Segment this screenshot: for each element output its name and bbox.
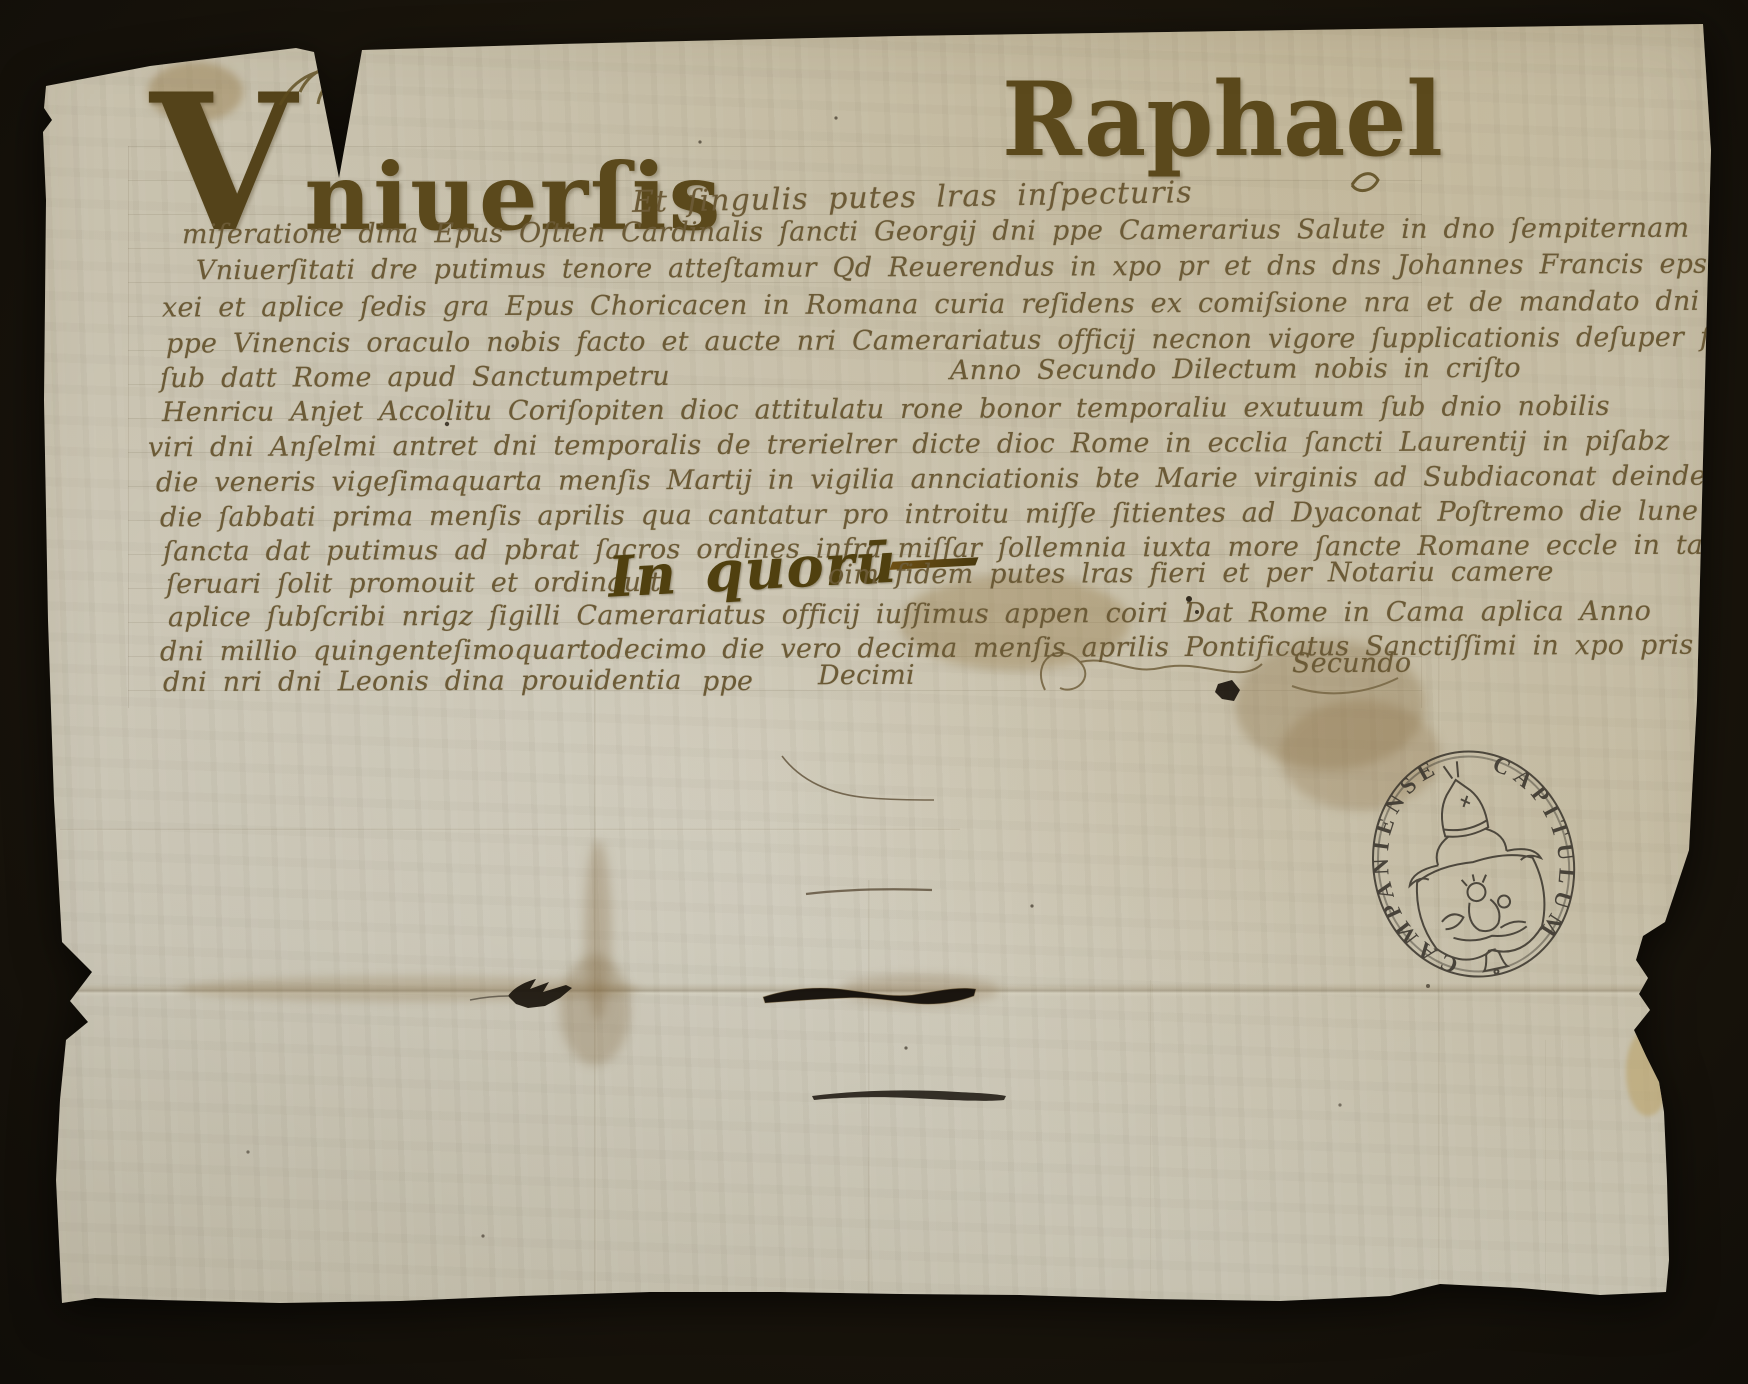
manuscript-line: dni nri dni Leonis dina prouidentia — [163, 667, 682, 696]
fold-crease — [60, 828, 960, 831]
stamp-text-right: CAPITULUM — [1485, 739, 1597, 952]
fold-crease — [1562, 1040, 1564, 1295]
manuscript-line: ppe Vinencis oraculo nobis facto et auct… — [166, 323, 1748, 357]
manuscript-line: die ſabbati prima menſis aprilis qua can… — [160, 498, 1698, 532]
parchment-slit — [806, 889, 932, 894]
manuscript-line: ſub datt Rome apud Sanctumpetru — [160, 363, 670, 392]
stamp-ring — [1352, 733, 1595, 996]
manuscript-line: Decimi — [818, 662, 915, 689]
manuscript-line: die veneris vigeſimaquarta menſis Martij… — [156, 463, 1706, 497]
mitre-icon — [1418, 755, 1507, 865]
manuscript-line: dni millio quingenteſimoquartodecimo die… — [160, 632, 1737, 666]
stain — [1626, 1028, 1670, 1116]
ink-blot — [470, 996, 508, 1000]
manuscript-line: xei et aplice ſedis gra Epus Choricacen … — [162, 287, 1748, 321]
flourish-mark — [1352, 174, 1378, 191]
manuscript-line: aplice ſubſcribi nrigz ſigilli Cameraria… — [168, 598, 1651, 631]
manuscript-line: Secundo — [1292, 650, 1411, 678]
inspection-clause: Et ſingulis putes lras inſpecturis — [632, 178, 1193, 218]
shield-icon — [1407, 844, 1559, 968]
manuscript-line: Anno Secundo Dilectum nobis in criſto — [950, 355, 1521, 384]
damage-overlay — [0, 0, 1748, 1384]
bell-icon — [1480, 948, 1508, 976]
ink-blot — [508, 979, 572, 1008]
fold-crease — [868, 880, 871, 1294]
stain — [900, 575, 1130, 670]
fold-crease — [55, 983, 1665, 997]
parchment-slit — [812, 1090, 1006, 1100]
manuscript-line: Vniuerſitati dre putimus tenore atteſtam… — [196, 251, 1707, 285]
stain — [560, 955, 630, 1065]
stain — [180, 976, 640, 1002]
parchment: Vniuerſis Et ſingulis putes lras inſpect… — [0, 0, 1748, 1384]
signature-flourish — [1041, 653, 1262, 690]
ink-specks — [246, 116, 1430, 1237]
stain — [1235, 640, 1425, 770]
stain — [148, 62, 243, 122]
stain — [840, 975, 1000, 1005]
fold-crease — [1545, 1040, 1547, 1295]
signature-flourish — [1292, 678, 1398, 693]
parchment-slit — [782, 756, 934, 800]
in-quorum-emphasis: In quorū — [607, 530, 978, 605]
manuscript-line: Henricu Anjet Accolitu Coriſopiten dioc … — [162, 393, 1610, 426]
stamp-ring-inner — [1358, 739, 1589, 990]
opening-word: Vniuerſis — [150, 70, 722, 259]
stamp-text-left: CAMPANIENSE — [1346, 752, 1486, 991]
ink-blot — [1215, 680, 1240, 701]
stain — [585, 840, 611, 1020]
manuscript-line: ppe — [702, 668, 753, 695]
parchment-slit — [763, 988, 976, 1004]
manuscript-line: oim fidem putes lras fieri et per Notari… — [828, 558, 1554, 588]
manuscript-line: miſeratione dina Epus Oſtien Cardinalis … — [182, 215, 1689, 249]
stain — [1280, 700, 1440, 810]
manuscript-line: viri dni Anſelmi antret dni temporalis d… — [148, 428, 1669, 462]
capitular-stamp: CAPITULUM CAMPANIENSE — [1344, 726, 1603, 1005]
initial-ornament — [280, 64, 352, 105]
ruling-lines — [128, 146, 1422, 708]
manuscript-line: ſancta dat putimus ad pbrat ſacros ordin… — [163, 532, 1748, 566]
fold-crease — [594, 640, 597, 1300]
photograph-background: Vniuerſis Et ſingulis putes lras inſpect… — [0, 0, 1748, 1384]
parchment-sheet: Vniuerſis Et ſingulis putes lras inſpect… — [0, 0, 1748, 1384]
issuer-name: Raphael — [1002, 69, 1443, 171]
fold-crease — [1438, 640, 1441, 1290]
fold-crease — [1150, 980, 1152, 1294]
manuscript-line: ſeruari ſolit promouit et ordinauit — [166, 569, 661, 598]
